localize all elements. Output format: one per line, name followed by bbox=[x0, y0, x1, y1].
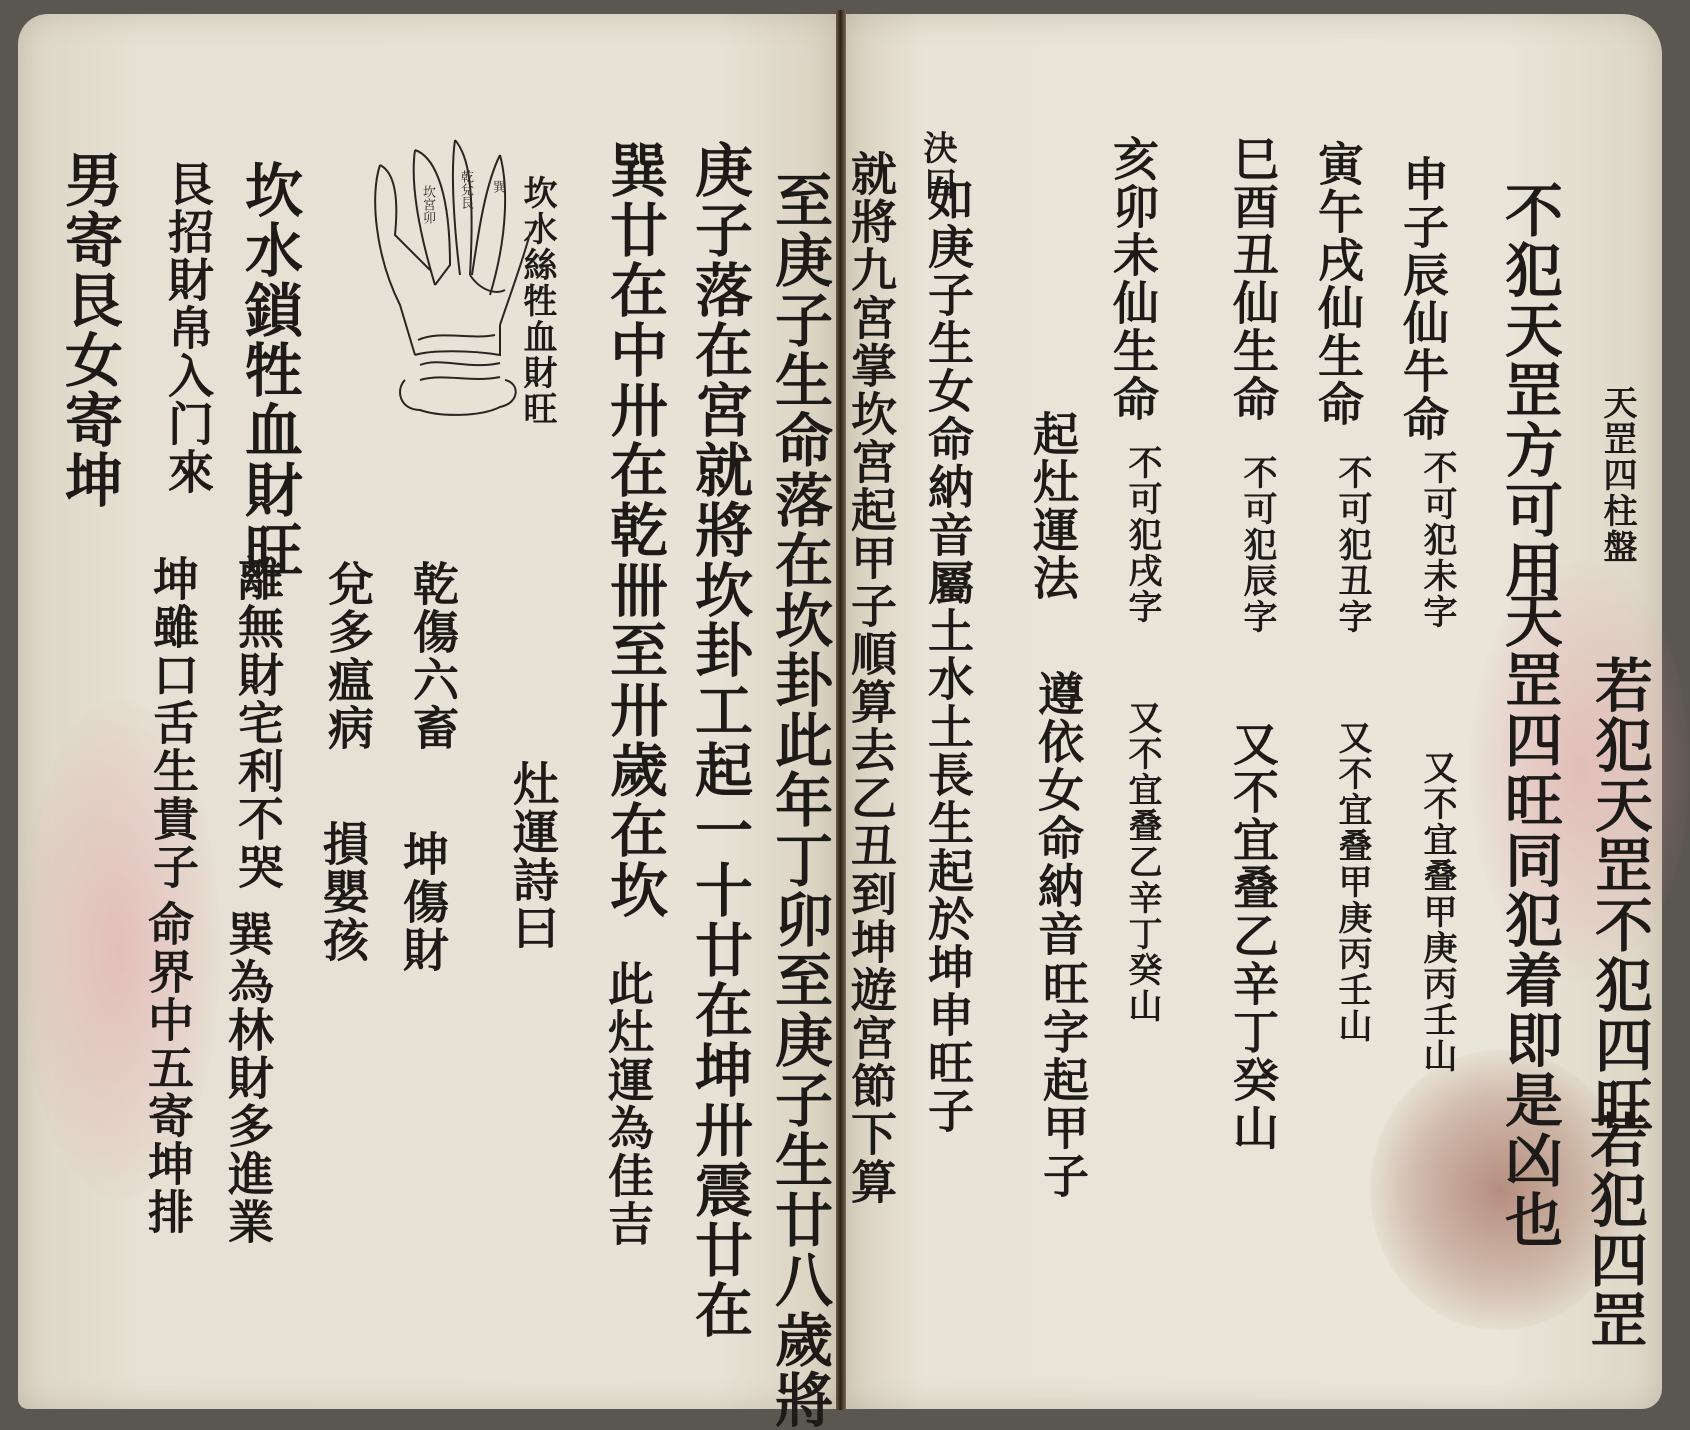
column-text: 不可犯戌字 bbox=[1125, 445, 1159, 625]
poem-text: 離無財宅利不哭 bbox=[235, 555, 281, 891]
column-text: 不犯天罡方可用 bbox=[1500, 180, 1558, 600]
column-text: 巽廿在中卅在乾卌至卅歲在坎 bbox=[605, 140, 663, 920]
poem-text: 兌多瘟病 bbox=[325, 560, 371, 752]
column-text: 不可犯未字 bbox=[1420, 450, 1454, 630]
column-text: 申子辰仙牛命 bbox=[1400, 155, 1446, 443]
column-title-heading: 天罡四柱盤 bbox=[1600, 385, 1634, 565]
finger-label: 坎宮卯 bbox=[418, 185, 437, 224]
column-text: 巳酉丑仙生命 bbox=[1230, 135, 1276, 423]
poem-text: 巽為林財多進業 bbox=[225, 910, 271, 1246]
column-text: 如庚子生女命納音屬土水土長生起於坤申旺子 bbox=[925, 175, 971, 1135]
poem-text: 坤傷財 bbox=[400, 830, 446, 974]
poem-text: 命界中五寄坤排 bbox=[145, 900, 191, 1236]
poem-text: 坤雖口舌生貴子 bbox=[150, 555, 196, 891]
finger-label: 乾兌艮 bbox=[456, 170, 475, 209]
column-text: 亥卯未仙生命 bbox=[1110, 135, 1156, 423]
section-heading: 起灶運法 bbox=[1030, 410, 1076, 602]
column-text: 此灶運為佳吉 bbox=[605, 960, 651, 1248]
column-text: 若犯四罡 bbox=[1585, 1110, 1643, 1350]
column-text: 天罡四旺同犯着即是凶也 bbox=[1500, 590, 1558, 1250]
column-text: 寅午戌仙生命 bbox=[1315, 140, 1361, 428]
poem-text: 乾傷六畜 bbox=[410, 560, 456, 752]
hand-drawing-icon bbox=[360, 125, 530, 425]
column-text: 遵依女命納音 bbox=[1035, 670, 1081, 958]
poem-text: 艮招財帛入门來 bbox=[165, 160, 211, 496]
poem-text: 損嬰孩 bbox=[320, 820, 366, 964]
column-text: 不可犯辰字 bbox=[1240, 455, 1274, 635]
column-text: 又不宜叠乙辛丁癸山 bbox=[1230, 720, 1276, 1152]
column-text: 若犯天罡不犯四旺 bbox=[1590, 655, 1648, 1135]
column-text: 庚子落在宮就將坎卦工起一十廿在坤卅震廿在 bbox=[690, 140, 748, 1340]
column-text: 就將九宮掌坎宮起甲子順算去乙丑到坤遊宮節下算 bbox=[848, 150, 894, 1206]
poem-heading: 灶運詩曰 bbox=[510, 760, 556, 952]
column-text: 男寄艮女寄坤 bbox=[60, 150, 118, 510]
open-manuscript: 天罡四柱盤 若犯天罡不犯四旺 若犯四罡 不犯天罡方可用 天罡四旺同犯着即是凶也 … bbox=[0, 0, 1690, 1421]
column-text: 不可犯丑字 bbox=[1335, 455, 1369, 635]
column-text: 又不宜叠甲庚丙壬山 bbox=[1420, 750, 1454, 1074]
column-text: 又不宜叠甲庚丙壬山 bbox=[1335, 720, 1369, 1044]
poem-text: 坎水鎖牲血財旺 bbox=[240, 160, 298, 580]
column-text: 又不宜叠乙辛丁癸山 bbox=[1125, 700, 1159, 1024]
finger-label: 巽 bbox=[488, 180, 507, 193]
column-text: 旺字起甲子 bbox=[1040, 960, 1086, 1200]
nine-palace-hand-diagram: 坎宮卯 乾兌艮 巽 bbox=[360, 125, 530, 425]
column-text: 至庚子生命落在坎卦此年丁卯至庚子生廿八歲將 bbox=[770, 170, 828, 1421]
